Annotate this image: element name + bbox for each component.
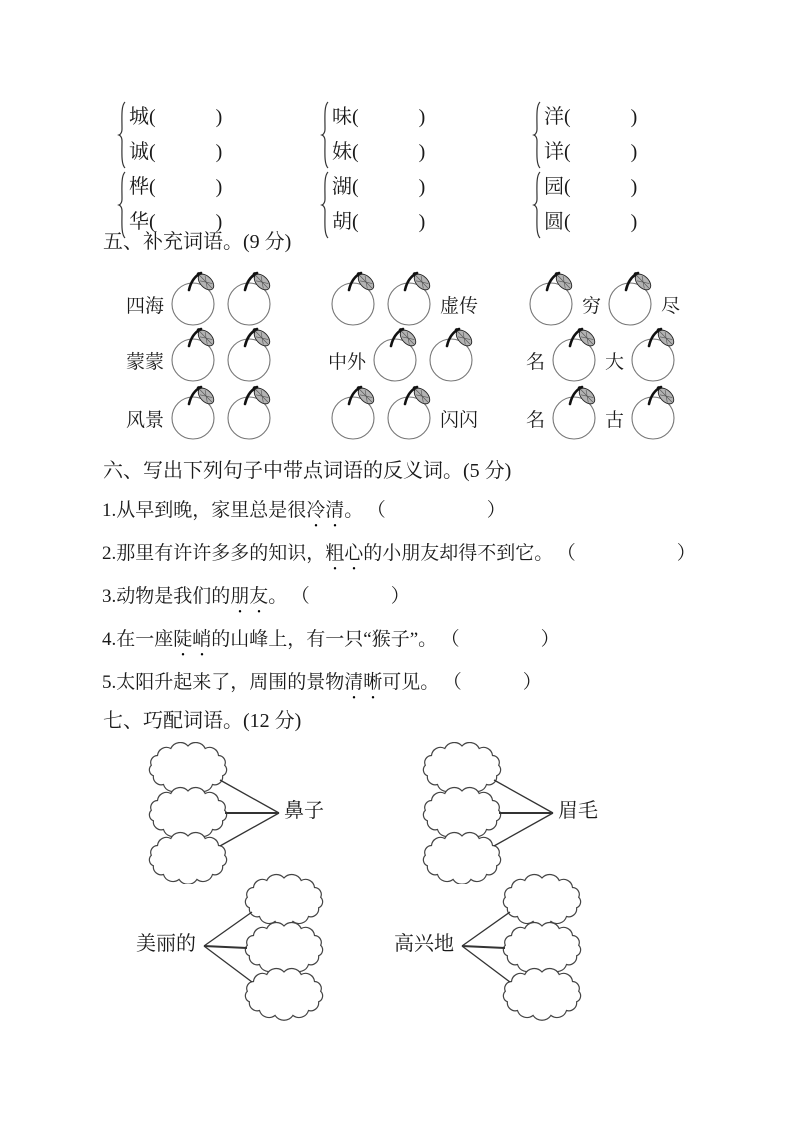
pair-top-line: 味( )	[332, 100, 425, 135]
match-cluster	[148, 742, 288, 884]
cloud-blank-icon	[423, 788, 500, 840]
word-pair: 洋( )详( )	[532, 100, 637, 170]
sentence-text: 从早到晚，家里总是很冷清。	[116, 500, 363, 521]
connector-line	[462, 912, 510, 946]
fill-word-label: 虚传	[440, 291, 478, 318]
connector-line	[220, 780, 279, 813]
cloud-blank-icon	[503, 923, 580, 975]
sentence-text: 太阳升起来了，周围的景物清晰可见。	[116, 672, 439, 693]
sentence-number: 1.	[102, 500, 116, 521]
connector-line	[462, 946, 505, 948]
fill-word-label: 穷	[582, 291, 601, 318]
fill-word-label: 闪闪	[440, 405, 478, 432]
word-pair: 园( )圆( )	[532, 170, 637, 240]
answer-blank: （ ）	[566, 543, 697, 564]
cloud-blank-icon	[245, 969, 322, 1021]
emphasized-word: 陡峭	[173, 629, 211, 650]
pair-brace-icon	[320, 170, 330, 240]
cluster-label: 高兴地	[394, 932, 454, 956]
cluster-label: 鼻子	[284, 799, 324, 823]
pair-top-line: 洋( )	[544, 100, 637, 135]
fill-word-group: 四海	[126, 266, 276, 328]
apple-blank-icon	[168, 322, 220, 384]
fill-word-label: 风景	[126, 405, 164, 432]
cluster-label: 眉毛	[558, 799, 598, 823]
connector-line	[462, 946, 510, 982]
pair-top-line: 湖( )	[332, 170, 425, 205]
apple-blank-icon	[168, 266, 220, 328]
fill-word-label: 古	[605, 405, 624, 432]
sentence: 4.在一座陡峭的山峰上，有一只“猴子”。（ ）	[102, 627, 561, 661]
cluster-label: 美丽的	[136, 932, 196, 956]
sentence-text: 动物是我们的朋友。	[116, 586, 287, 607]
cloud-blank-icon	[149, 788, 226, 840]
apple-blank-icon	[549, 322, 601, 384]
fill-word-label: 大	[605, 347, 624, 374]
sentence-number: 2.	[102, 543, 116, 564]
apple-blank-icon	[549, 380, 601, 442]
sentence-text: 在一座陡峭的山峰上，有一只“猴子”。	[116, 629, 437, 650]
word-pair: 城( )诚( )	[117, 100, 222, 170]
pair-brace-icon	[117, 100, 127, 170]
cloud-blank-icon	[149, 743, 226, 795]
match-cluster	[456, 864, 591, 1022]
apple-blank-icon	[224, 380, 276, 442]
connector-line	[494, 813, 553, 846]
pair-top-line: 园( )	[544, 170, 637, 205]
connector-line	[204, 912, 252, 946]
fill-word-label: 名	[526, 405, 545, 432]
section-seven-heading: 七、巧配词语。(12 分)	[103, 708, 301, 734]
pair-bottom-line: 详( )	[544, 135, 637, 170]
apple-blank-icon	[628, 322, 680, 384]
sentence-number: 3.	[102, 586, 116, 607]
cloud-blank-icon	[503, 875, 580, 927]
answer-blank: （ ）	[450, 629, 561, 650]
cloud-blank-icon	[245, 875, 322, 927]
pair-brace-icon	[532, 170, 542, 240]
word-pair: 味( )妹( )	[320, 100, 425, 170]
pair-top-line: 城( )	[129, 100, 222, 135]
fill-word-label: 四海	[126, 291, 164, 318]
fill-word-label: 蒙蒙	[126, 347, 164, 374]
worksheet-page: 城( )诚( )味( )妹( )洋( )详( )桦( )华( )湖( )胡( )…	[0, 0, 793, 1122]
apple-blank-icon	[628, 380, 680, 442]
fill-word-group: 闪闪	[328, 380, 478, 442]
fill-word-group: 名古	[526, 380, 680, 442]
apple-blank-icon	[384, 266, 436, 328]
fill-word-label: 尽	[661, 291, 680, 318]
pair-top-line: 桦( )	[129, 170, 222, 205]
emphasized-word: 粗心	[325, 543, 363, 564]
sentence: 1.从早到晚，家里总是很冷清。（ ）	[102, 498, 507, 532]
apple-blank-icon	[328, 266, 380, 328]
apple-blank-icon	[168, 380, 220, 442]
pair-bottom-line: 妹( )	[332, 135, 425, 170]
pair-bottom-line: 诚( )	[129, 135, 222, 170]
section-five-heading: 五、补充词语。(9 分)	[103, 229, 291, 255]
cloud-blank-icon	[245, 923, 322, 975]
fill-word-group: 风景	[126, 380, 276, 442]
fill-word-label: 名	[526, 347, 545, 374]
fill-word-group: 穷尽	[526, 266, 680, 328]
emphasized-word: 清晰	[344, 672, 382, 693]
emphasized-word: 冷清	[306, 500, 344, 521]
apple-blank-icon	[526, 266, 578, 328]
pair-brace-icon	[532, 100, 542, 170]
cloud-blank-icon	[423, 743, 500, 795]
sentence-number: 5.	[102, 672, 116, 693]
connector-line	[204, 946, 252, 982]
sentence: 2.那里有许许多多的知识，粗心的小朋友却得不到它。（ ）	[102, 541, 697, 575]
sentence-number: 4.	[102, 629, 116, 650]
sentence: 5.太阳升起来了，周围的景物清晰可见。（ ）	[102, 670, 543, 704]
apple-blank-icon	[224, 322, 276, 384]
fill-word-group: 名大	[526, 322, 680, 384]
pair-bottom-line: 胡( )	[332, 205, 425, 240]
apple-blank-icon	[370, 322, 422, 384]
emphasized-word: 朋友	[230, 586, 268, 607]
match-cluster	[198, 864, 333, 1022]
connector-line	[204, 946, 247, 948]
connector-line	[494, 780, 553, 813]
fill-word-group: 虚传	[328, 266, 478, 328]
apple-blank-icon	[605, 266, 657, 328]
fill-word-label: 中外	[328, 347, 366, 374]
fill-word-group: 中外	[328, 322, 478, 384]
answer-blank: （ ）	[300, 586, 411, 607]
section-six-heading: 六、写出下列句子中带点词语的反义词。(5 分)	[103, 458, 511, 484]
sentence: 3.动物是我们的朋友。（ ）	[102, 584, 411, 618]
match-cluster	[422, 742, 562, 884]
cloud-blank-icon	[503, 969, 580, 1021]
pair-brace-icon	[320, 100, 330, 170]
answer-blank: （ ）	[452, 672, 543, 693]
apple-blank-icon	[328, 380, 380, 442]
apple-blank-icon	[384, 380, 436, 442]
apple-blank-icon	[224, 266, 276, 328]
connector-line	[220, 813, 279, 846]
answer-blank: （ ）	[376, 500, 507, 521]
apple-blank-icon	[426, 322, 478, 384]
pair-bottom-line: 圆( )	[544, 205, 637, 240]
word-pair: 湖( )胡( )	[320, 170, 425, 240]
sentence-text: 那里有许许多多的知识，粗心的小朋友却得不到它。	[116, 543, 553, 564]
fill-word-group: 蒙蒙	[126, 322, 276, 384]
